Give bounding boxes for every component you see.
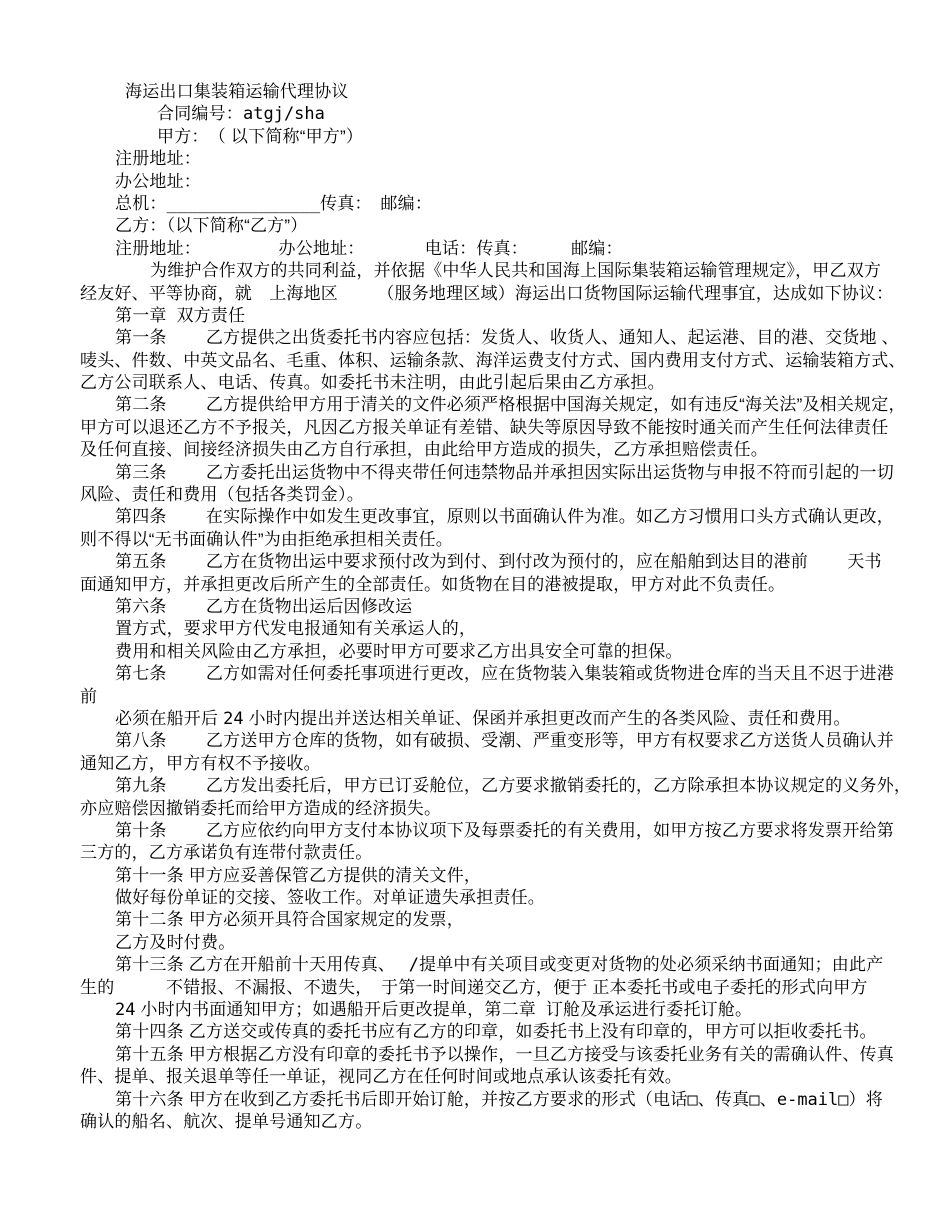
document-line: 第十二条 甲方必须开具符合国家规定的发票， bbox=[80, 909, 940, 931]
document-line: 乙方公司联系人、电话、传真。如委托书未注明，由此引起后果由乙方承担。 bbox=[80, 372, 940, 394]
document-line: 第十条 乙方应依约向甲方支付本协议项下及每票委托的有关费用，如甲方按乙方要求将发… bbox=[80, 820, 940, 842]
document-line: 通知乙方，甲方有权不予接收。 bbox=[80, 753, 940, 775]
latin-text: 24 bbox=[223, 709, 243, 729]
document-line: 费用和相关风险由乙方承担，必要时甲方可要求乙方出具安全可靠的担保。 bbox=[80, 641, 940, 663]
latin-text: □ bbox=[688, 1090, 698, 1110]
document-line: 第十四条 乙方送交或传真的委托书应有乙方的印章，如委托书上没有印章的，甲方可以拒… bbox=[80, 1021, 940, 1043]
latin-text: atgj/sha bbox=[243, 104, 325, 124]
document-line: 第五条 乙方在货物出运中要求预付改为到付、到付改为预付的，应在船舶到达目的港前 … bbox=[80, 551, 940, 573]
document-line: 第十一条 甲方应妥善保管乙方提供的清关文件， bbox=[80, 865, 940, 887]
document-line: 第一条 乙方提供之出货委托书内容应包括：发货人、收货人、通知人、起运港、目的港、… bbox=[80, 327, 940, 349]
document-line: 总机：_______________传真： 邮编： bbox=[80, 193, 940, 215]
document-line: 乙方及时付费。 bbox=[80, 932, 940, 954]
document-line: 三方的，乙方承诺负有连带付款责任。 bbox=[80, 842, 940, 864]
document-line: 第九条 乙方发出委托后，甲方已订妥舱位，乙方要求撤销委托的，乙方除承担本协议规定… bbox=[80, 775, 940, 797]
document-line: 亦应赔偿因撤销委托而给甲方造成的经济损失。 bbox=[80, 798, 940, 820]
document-line: 第七条 乙方如需对任何委托事项进行更改，应在货物装入集装箱或货物进仓库的当天且不… bbox=[80, 663, 940, 685]
document-line: 置方式，要求甲方代发电报通知有关承运人的， bbox=[80, 618, 940, 640]
document-line: 件、提单、报关退单等任一单证，视同乙方在任何时间或地点承认该委托有效。 bbox=[80, 1066, 940, 1088]
contract-document: 海运出口集装箱运输代理协议合同编号：atgj/sha甲方： （ 以下简称“甲方”… bbox=[80, 81, 940, 1133]
document-title: 海运出口集装箱运输代理协议 bbox=[80, 81, 940, 103]
document-line: 及任何直接、间接经济损失由乙方自行承担，由此给甲方造成的损失，乙方承担赔偿责任。 bbox=[80, 439, 940, 461]
document-line: 办公地址： bbox=[80, 171, 940, 193]
document-line: 甲方可以退还乙方不予报关，凡因乙方报关单证有差错、缺失等原因导致不能按时通关而产… bbox=[80, 417, 940, 439]
latin-text: 24 bbox=[115, 1000, 135, 1020]
document-line: 确认的船名、航次、提单号通知乙方。 bbox=[80, 1111, 940, 1133]
document-line: 合同编号：atgj/sha bbox=[80, 103, 940, 125]
document-line: 乙方：（以下简称“乙方”） bbox=[80, 215, 940, 237]
document-line: 注册地址： 办公地址： 电话：传真： 邮编： bbox=[80, 238, 940, 260]
document-line: 第二条 乙方提供给甲方用于清关的文件必须严格根据中国海关规定，如有违反“海关法”… bbox=[80, 394, 940, 416]
document-line: 风险、责任和费用（包括各类罚金）。 bbox=[80, 484, 940, 506]
document-line: 第三条 乙方委托出运货物中不得夹带任何违禁物品并承担因实际出运货物与申报不符而引… bbox=[80, 462, 940, 484]
document-line: 面通知甲方，并承担更改后所产生的全部责任。如货物在目的港被提取，甲方对此不负责任… bbox=[80, 574, 940, 596]
document-line: 24 小时内书面通知甲方；如遇船开后更改提单，第二章 订舱及承运进行委托订舱。 bbox=[80, 999, 940, 1021]
document-line: 第十五条 甲方根据乙方没有印章的委托书予以操作，一旦乙方接受与该委托业务有关的需… bbox=[80, 1044, 940, 1066]
document-line: 第四条 在实际操作中如发生更改事宜，原则以书面确认件为准。如乙方习惯用口头方式确… bbox=[80, 506, 940, 528]
document-line: 注册地址： bbox=[80, 148, 940, 170]
document-line: 甲方： （ 以下简称“甲方”） bbox=[80, 126, 940, 148]
document-line: 唛头、件数、中英文品名、毛重、体积、运输条款、海洋运费支付方式、国内费用支付方式… bbox=[80, 350, 940, 372]
document-line: 第八条 乙方送甲方仓库的货物，如有破损、受潮、严重变形等，甲方有权要求乙方送货人… bbox=[80, 730, 940, 752]
document-page: 海运出口集装箱运输代理协议合同编号：atgj/sha甲方： （ 以下简称“甲方”… bbox=[0, 0, 950, 1230]
document-line: 生的 不错报、不漏报、不遗失， 于第一时间递交乙方，便于 正本委托书或电子委托的… bbox=[80, 977, 940, 999]
document-line: 为维护合作双方的共同利益，并依据《中华人民共和国海上国际集装箱运输管理规定》，甲… bbox=[80, 260, 940, 282]
latin-text: _______________ bbox=[167, 194, 321, 214]
document-line: 第一章 双方责任 bbox=[80, 305, 940, 327]
document-line: 第十三条 乙方在开船前十天用传真、 /提单中有关项目或变更对货物的处必须采纳书面… bbox=[80, 954, 940, 976]
document-line: 前 bbox=[80, 686, 940, 708]
document-line: 则不得以“无书面确认件”为由拒绝承担相关责任。 bbox=[80, 529, 940, 551]
document-line: 经友好、平等协商，就 上海地区 （服务地理区域）海运出口货物国际运输代理事宜，达… bbox=[80, 283, 940, 305]
document-line: 第十六条 甲方在收到乙方委托书后即开始订舱，并按乙方要求的形式（电话□、传真□、… bbox=[80, 1089, 940, 1111]
latin-text: e-mail□ bbox=[777, 1090, 849, 1110]
latin-text: □ bbox=[749, 1090, 759, 1110]
document-line: 第六条 乙方在货物出运后因修改运 bbox=[80, 596, 940, 618]
document-line: 做好每份单证的交接、签收工作。对单证遗失承担责任。 bbox=[80, 887, 940, 909]
latin-text: / bbox=[409, 955, 419, 975]
document-line: 必须在船开后 24 小时内提出并送达相关单证、保函并承担更改而产生的各类风险、责… bbox=[80, 708, 940, 730]
